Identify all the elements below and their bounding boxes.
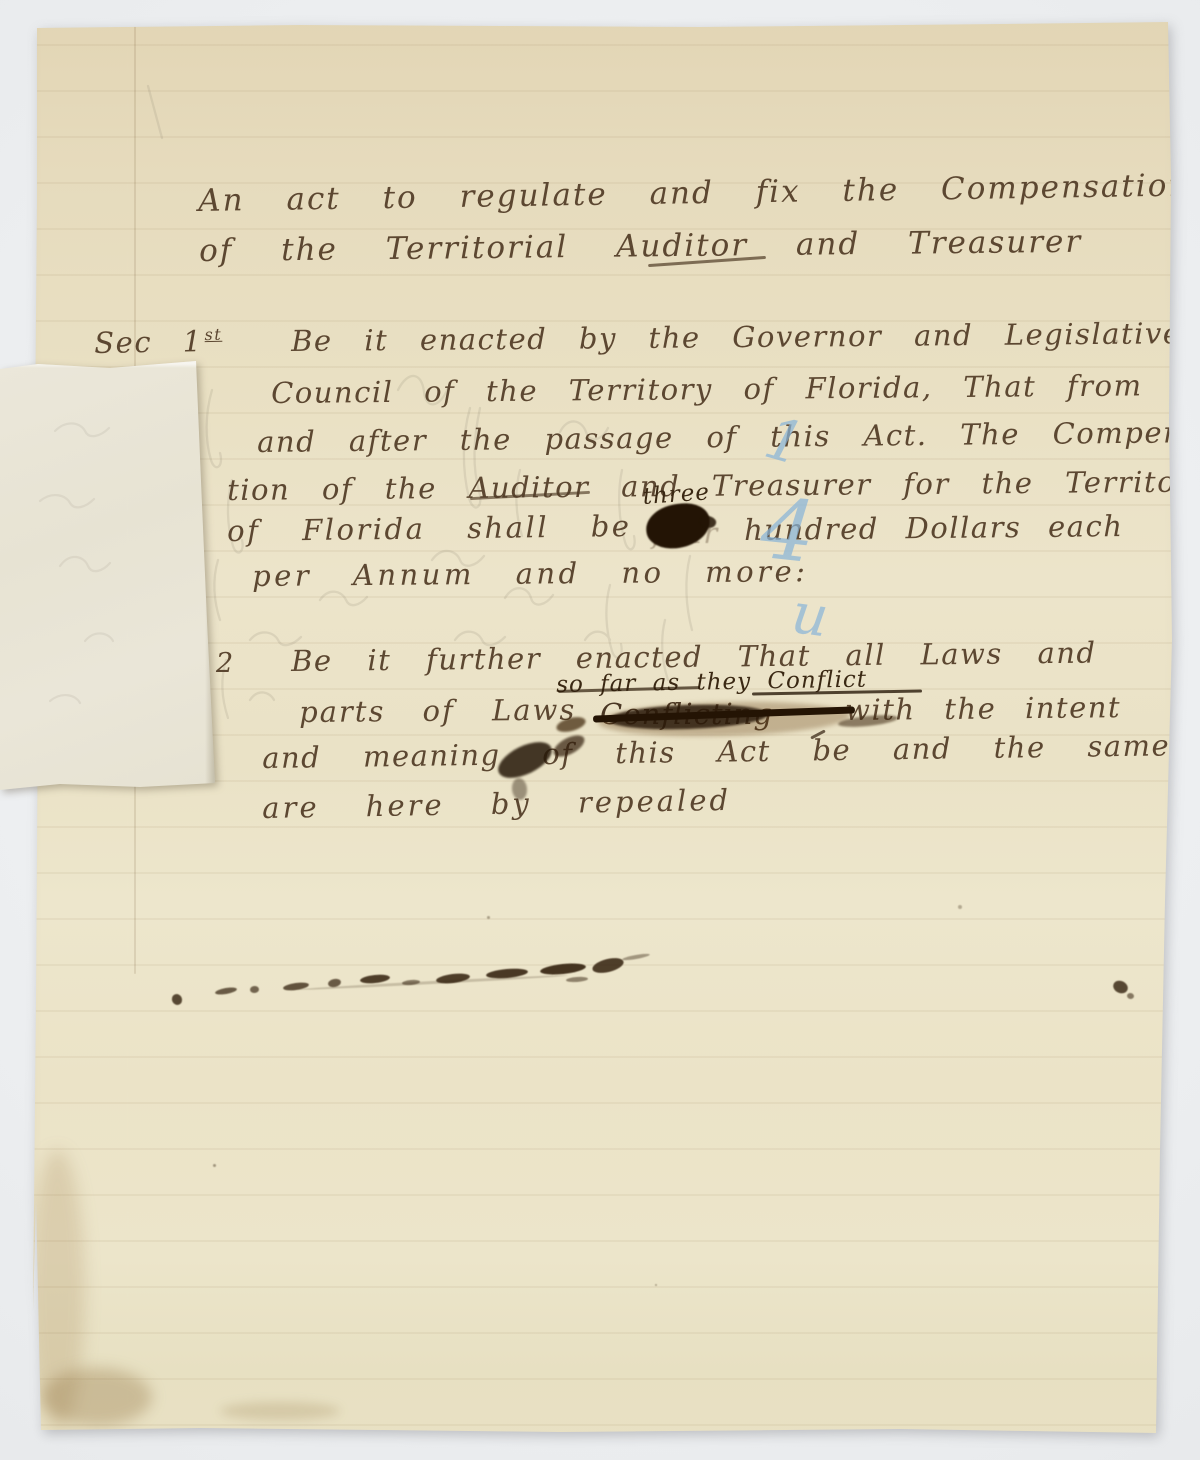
ink-smudge-fragment <box>215 986 238 996</box>
paper-stain <box>42 1368 152 1426</box>
attached-paper-slip-surface <box>0 361 217 793</box>
title-line-1: An act to regulate and fix the Compensat… <box>198 170 1200 217</box>
ink-smudge-fragment <box>283 981 310 992</box>
section1-line-3: and after the passage of this Act. The C… <box>257 418 1200 457</box>
blue-pencil-mark: 1 <box>759 408 810 474</box>
blue-pencil-mark: u <box>788 586 832 646</box>
scan-background: An act to regulate and fix the Compensat… <box>0 0 1200 1460</box>
paper-stain <box>220 1402 340 1420</box>
ink-smudge-fragment <box>566 976 588 983</box>
section1-ordinal: st <box>204 325 222 344</box>
paper-speck <box>655 1284 657 1286</box>
section2-line-2-pre: parts of Laws <box>299 696 576 727</box>
paper-speck <box>213 1164 216 1167</box>
section1-label-text: Sec 1 <box>94 324 203 360</box>
blue-pencil-mark: 4 <box>757 486 819 575</box>
section1-line-5-pre: of Florida shall be <box>227 512 632 546</box>
slip-bleedthrough-writing <box>0 361 217 793</box>
section2-line-3: and meaning of this Act be and the same <box>262 731 1170 773</box>
title-line-2: of the Territorial Auditor and Treasurer <box>199 227 1082 267</box>
section2-line-4: are here by repealed <box>262 786 731 823</box>
ink-smudge-fragment <box>170 992 184 1006</box>
paper-speck <box>487 916 490 919</box>
section1-label: Sec 1st <box>94 327 223 358</box>
ink-smudge-fragment <box>591 955 625 975</box>
paper-speck <box>1115 340 1118 343</box>
ink-smudge-fragment <box>540 962 587 977</box>
paper-speck <box>958 905 962 909</box>
section1-line-6: per Annum and no more: <box>252 557 809 591</box>
ink-smudge-fragment <box>250 986 260 994</box>
section1-line-1: Be it enacted by the Governor and Legisl… <box>291 319 1182 356</box>
attached-paper-slip <box>0 361 217 793</box>
section1-line-2: Council of the Territory of Florida, Tha… <box>271 371 1143 408</box>
section1-line-4: tion of the Auditor and Treasurer for th… <box>227 467 1200 505</box>
ink-smudge-fragment <box>622 953 650 962</box>
ink-speck <box>1127 992 1135 999</box>
section2-number: 2 <box>216 650 235 677</box>
